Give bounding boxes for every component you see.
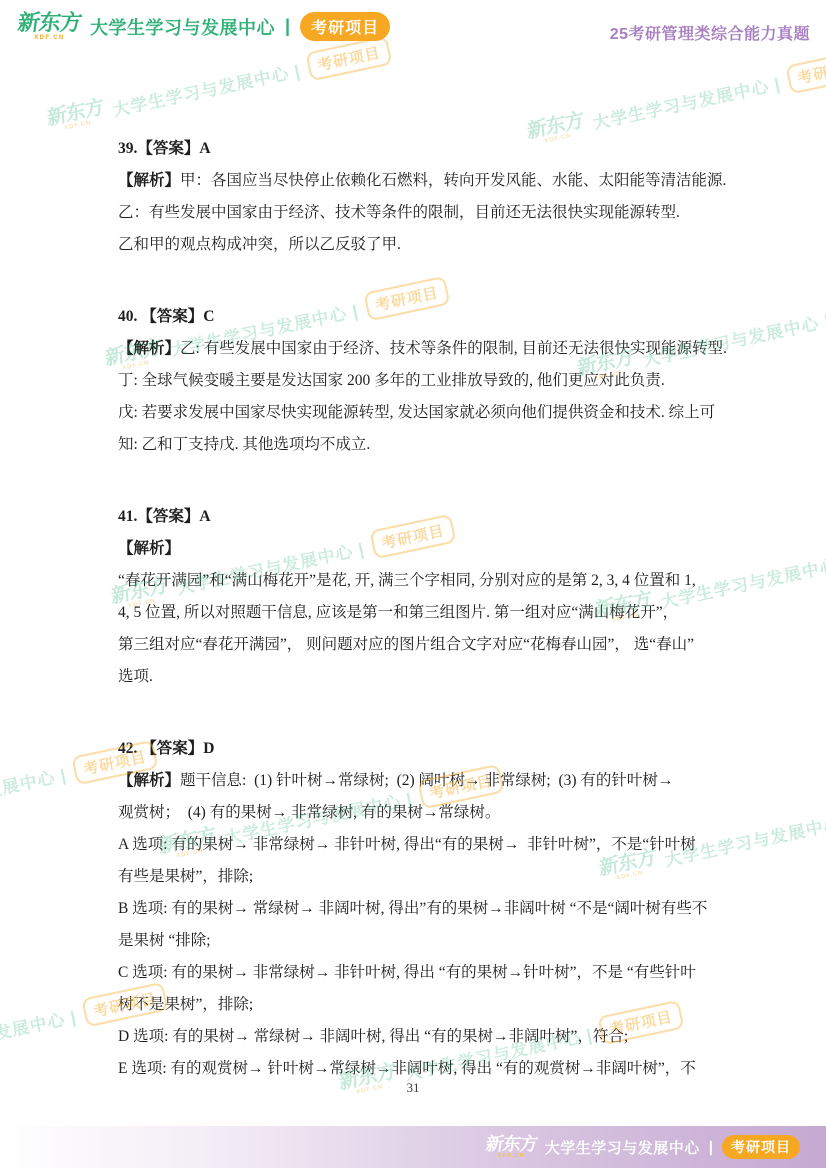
analysis-text-line: 丁: 全球气候变暖主要是发达国家 200 多年的工业排放导致的, 他们更应对此负…: [118, 365, 758, 397]
analysis-text-line: 第三组对应“春花开满园”， 则问题对应的图片组合文字对应“花梅春山园”， 选“春…: [118, 629, 758, 661]
question-number: 41.: [118, 508, 137, 525]
analysis-label: 【解析】: [118, 340, 180, 357]
analysis-text: 甲：各国应当尽快停止依赖化石燃料，转向开发风能、水能、太阳能等清洁能源.: [180, 172, 726, 189]
question-number: 39.: [118, 140, 137, 157]
answer-label: 【答案】: [137, 140, 199, 157]
program-badge: 考研项目: [300, 12, 390, 41]
watermark-logo-subtext: XDF.CN: [64, 120, 92, 132]
watermark-logo: 新东方XDF.CN: [45, 97, 106, 134]
xdf-logo: 新东方 XDF.CN: [18, 12, 81, 41]
document-title: 25考研管理类综合能力真题: [610, 21, 810, 44]
page-footer: 新东方 XDF.CN 大学生学习与发展中心 | 考研项目: [0, 1126, 826, 1168]
brand-footer: 新东方 XDF.CN 大学生学习与发展中心 | 考研项目: [486, 1135, 800, 1159]
answer-line: 42. 【答案】D: [118, 733, 758, 765]
answer-block-42: 42. 【答案】D 【解析】题干信息: (1) 针叶树→常绿树; (2) 阔叶树…: [118, 733, 758, 1085]
page-number: 31: [0, 1080, 826, 1096]
analysis-text-line: 树不是果树”，排除;: [118, 989, 758, 1021]
xdf-logo-text: 新东方: [16, 12, 82, 34]
divider-bar: |: [709, 1139, 713, 1156]
analysis-label: 【解析】: [118, 772, 180, 789]
watermark-org-text: 大学生学习与发展中心 |: [110, 56, 302, 120]
analysis-label: 【解析】: [118, 540, 180, 557]
analysis-text-line: C 选项: 有的果树→ 非常绿树→ 非针叶树, 得出 “有的果树→针叶树”，不是…: [118, 957, 758, 989]
analysis-text-line: 乙和甲的观点构成冲突，所以乙反驳了甲.: [118, 229, 758, 261]
answer-letter: A: [199, 140, 210, 157]
org-name: 大学生学习与发展中心: [545, 1137, 700, 1158]
watermark-org-text: 大学生学习与发展中心 |: [0, 1002, 78, 1066]
question-number: 42.: [118, 740, 141, 757]
watermark-logo-text: 新东方: [47, 97, 104, 129]
analysis-text-line: 知: 乙和丁支持戊. 其他选项均不成立.: [118, 429, 758, 461]
program-badge: 考研项目: [722, 1135, 800, 1159]
analysis-text-line: 戊: 若要求发展中国家尽快实现能源转型, 发达国家就必须向他们提供资金和技术. …: [118, 397, 758, 429]
analysis-label: 【解析】: [118, 172, 180, 189]
watermark-org-text: 大学生学习与发展中心 |: [590, 69, 782, 133]
analysis-text-line: “春花开满园”和“满山梅花开”是花, 开, 满三个字相同, 分别对应的是第 2,…: [118, 565, 758, 597]
analysis-line: 【解析】甲：各国应当尽快停止依赖化石燃料，转向开发风能、水能、太阳能等清洁能源.: [118, 165, 758, 197]
watermark-org-text: 大学生学习与发展中心 |: [0, 760, 68, 824]
analysis-text: 乙: 有些发展中国家由于经济、技术等条件的限制, 目前还无法很快实现能源转型.: [180, 340, 727, 357]
analysis-text-line: 乙：有些发展中国家由于经济、技术等条件的限制，目前还无法很快实现能源转型.: [118, 197, 758, 229]
xdf-logo-text: 新东方: [485, 1135, 539, 1153]
watermark-badge: 考研项目: [786, 48, 826, 93]
answer-label: 【答案】: [137, 508, 199, 525]
xdf-logo: 新东方 XDF.CN: [486, 1135, 537, 1159]
org-name: 大学生学习与发展中心: [90, 14, 275, 40]
analysis-text-line: D 选项: 有的果树→ 常绿树→ 非阔叶树, 得出 “有的果树→非阔叶树”，符合…: [118, 1021, 758, 1053]
page-header: 新东方 XDF.CN 大学生学习与发展中心 | 考研项目 25考研管理类综合能力…: [18, 12, 810, 44]
analysis-text-line: 选项.: [118, 661, 758, 693]
answers-content: 39.【答案】A 【解析】甲：各国应当尽快停止依赖化石燃料，转向开发风能、水能、…: [118, 133, 758, 1125]
xdf-logo-subtext: XDF.CN: [34, 35, 65, 41]
answer-line: 41.【答案】A: [118, 501, 758, 533]
analysis-text: 题干信息: (1) 针叶树→常绿树; (2) 阔叶树→ 非常绿树; (3) 有的…: [180, 772, 673, 789]
analysis-text-line: B 选项: 有的果树→ 常绿树→ 非阔叶树, 得出”有的果树→非阔叶树 “不是“…: [118, 893, 758, 925]
analysis-text-line: 观赏树； (4) 有的果树→ 非常绿树, 有的果树→常绿树。: [118, 797, 758, 829]
answer-label: 【答案】: [141, 740, 203, 757]
analysis-text-line: 4, 5 位置, 所以对照题干信息, 应该是第一和第三组图片. 第一组对应“满山…: [118, 597, 758, 629]
answer-line: 40. 【答案】C: [118, 301, 758, 333]
analysis-line: 【解析】题干信息: (1) 针叶树→常绿树; (2) 阔叶树→ 非常绿树; (3…: [118, 765, 758, 797]
analysis-text-line: A 选项: 有的果树→ 非常绿树→ 非针叶树, 得出“有的果树→ 非针叶树”，不…: [118, 829, 758, 861]
xdf-logo-subtext: XDF.CN: [498, 1154, 525, 1159]
answer-label: 【答案】: [141, 308, 203, 325]
answer-letter: D: [203, 740, 214, 757]
answer-line: 39.【答案】A: [118, 133, 758, 165]
analysis-line: 【解析】: [118, 533, 758, 565]
analysis-text-line: 有些是果树”，排除;: [118, 861, 758, 893]
answer-block-39: 39.【答案】A 【解析】甲：各国应当尽快停止依赖化石燃料，转向开发风能、水能、…: [118, 133, 758, 261]
answer-block-41: 41.【答案】A 【解析】 “春花开满园”和“满山梅花开”是花, 开, 满三个字…: [118, 501, 758, 693]
watermark: 新东方XDF.CN大学生学习与发展中心 |考研项目: [45, 35, 392, 137]
divider-bar: |: [285, 16, 290, 37]
analysis-text-line: 是果树 “排除;: [118, 925, 758, 957]
answer-block-40: 40. 【答案】C 【解析】乙: 有些发展中国家由于经济、技术等条件的限制, 目…: [118, 301, 758, 461]
answer-letter: A: [199, 508, 210, 525]
analysis-line: 【解析】乙: 有些发展中国家由于经济、技术等条件的限制, 目前还无法很快实现能源…: [118, 333, 758, 365]
document-page: 新东方 XDF.CN 大学生学习与发展中心 | 考研项目 25考研管理类综合能力…: [0, 0, 826, 1168]
question-number: 40.: [118, 308, 141, 325]
brand-header: 新东方 XDF.CN 大学生学习与发展中心 | 考研项目: [18, 12, 390, 41]
answer-letter: C: [203, 308, 214, 325]
